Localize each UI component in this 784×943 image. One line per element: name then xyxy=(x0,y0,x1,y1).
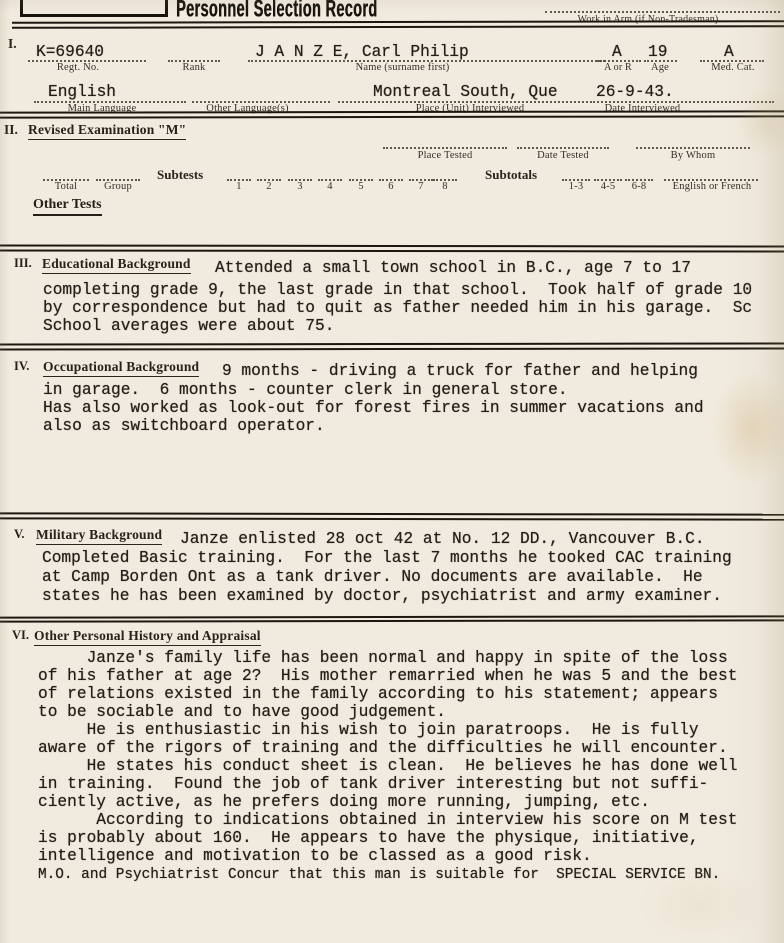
work-in-arm-field-line xyxy=(545,11,780,13)
section4-numeral: IV. xyxy=(14,359,29,374)
section2-rule-bottom xyxy=(0,249,784,252)
section6-line-4: to be sociable and to have good judgemen… xyxy=(38,703,446,721)
section5-numeral: V. xyxy=(14,527,25,542)
section2-title: Revised Examination "M" xyxy=(28,122,186,140)
rank-label: Rank xyxy=(164,62,224,73)
place-interviewed-value: Montreal South, Que xyxy=(373,83,558,101)
by-whom-label: By Whom xyxy=(636,150,750,161)
section2-rule-top xyxy=(0,244,784,247)
section6-line-11: is probably about 160. He appears to hav… xyxy=(38,829,699,847)
section5-line-3: at Camp Borden Ont as a tank driver. No … xyxy=(42,568,703,586)
section6-line-6: aware of the rigors of training and the … xyxy=(38,739,728,757)
section4-title: Occupational Background xyxy=(43,359,199,377)
section4-line-2: in garage. 6 months - counter clerk in g… xyxy=(43,381,568,399)
section4-rule-bottom xyxy=(0,517,784,520)
section3-rule-top xyxy=(0,342,784,345)
regt-no-value: K=69640 xyxy=(36,43,104,61)
section3-line-3: by correspondence but had to quit as fat… xyxy=(43,299,752,317)
main-language-value: English xyxy=(48,83,116,101)
mo-psychiatrist-concur-line: M.O. and Psychiatrist Concur that this m… xyxy=(38,866,720,884)
section5-line-4: states he has been examined by doctor, p… xyxy=(42,587,722,605)
section3-title: Educational Background xyxy=(42,256,191,274)
total-label: Total xyxy=(36,181,96,192)
section5-line-2: Completed Basic training. For the last 7… xyxy=(42,549,732,567)
subtest-1-label: 1 xyxy=(227,181,251,192)
subtest-7-label: 7 xyxy=(409,181,433,192)
subtests-label: Subtests xyxy=(157,167,203,183)
subtotal-1-3-label: 1-3 xyxy=(562,181,590,192)
name-value: J A N Z E, Carl Philip xyxy=(255,43,469,61)
section3-line-1: Attended a small town school in B.C., ag… xyxy=(215,259,691,277)
section6-line-3: of relations existed in the family accor… xyxy=(38,685,718,703)
subtest-8-label: 8 xyxy=(433,181,457,192)
section6-line-7: He states his conduct sheet is clean. He… xyxy=(38,757,737,775)
section3-line-2: completing grade 9, the last grade in th… xyxy=(43,281,752,299)
section4-line-1: 9 months - driving a truck for father an… xyxy=(222,362,698,380)
section6-line-2: of his father at age 2? His mother remar… xyxy=(38,667,737,685)
section1-rule-bottom xyxy=(0,115,784,118)
section6-numeral: VI. xyxy=(12,628,29,643)
header-rule-bottom xyxy=(12,25,784,28)
name-label: Name (surname first) xyxy=(330,62,475,73)
section3-numeral: III. xyxy=(14,256,32,271)
english-or-french-label: English or French xyxy=(652,181,772,192)
age-value: 19 xyxy=(648,43,667,61)
subtotal-6-8-label: 6-8 xyxy=(625,181,653,192)
date-tested-label: Date Tested xyxy=(517,150,609,161)
date-tested-field-line xyxy=(517,147,609,149)
subtest-6-label: 6 xyxy=(379,181,403,192)
subtest-3-label: 3 xyxy=(288,181,312,192)
section2-numeral: II. xyxy=(4,122,18,138)
place-tested-label: Place Tested xyxy=(383,150,507,161)
section6-title: Other Personal History and Appraisal xyxy=(34,628,261,646)
section6-line-5: He is enthusiastic in his wish to join p… xyxy=(38,721,699,739)
section3-rule-bottom xyxy=(0,347,784,350)
subtotal-4-5-label: 4-5 xyxy=(594,181,622,192)
section6-line-1: Janze's family life has been normal and … xyxy=(38,649,728,667)
section4-line-3: Has also worked as look-out for forest f… xyxy=(43,399,704,417)
section6-line-8: in training. Found the job of tank drive… xyxy=(38,775,708,793)
med-cat-value: A xyxy=(724,43,734,61)
document-title: Personnel Selection Record xyxy=(176,0,377,23)
a-or-r-label: A or R xyxy=(592,62,644,73)
place-tested-field-line xyxy=(383,147,507,149)
other-tests-label: Other Tests xyxy=(33,197,102,216)
subtest-2-label: 2 xyxy=(257,181,281,192)
subtest-5-label: 5 xyxy=(349,181,373,192)
header-box xyxy=(20,0,168,17)
section6-line-9: ciently active, as he prefers doing more… xyxy=(38,793,650,811)
med-cat-label: Med. Cat. xyxy=(702,62,764,73)
age-label: Age xyxy=(640,62,680,73)
a-or-r-value: A xyxy=(612,43,622,61)
by-whom-field-line xyxy=(636,147,750,149)
section3-line-4: School averages were about 75. xyxy=(43,317,334,335)
regt-no-label: Regt. No. xyxy=(30,62,126,73)
date-interviewed-value: 26-9-43. xyxy=(596,83,674,101)
section6-line-10: According to indications obtained in int… xyxy=(38,811,737,829)
section6-line-12: intelligence and motivation to be classe… xyxy=(38,847,592,865)
section5-title: Military Background xyxy=(36,527,162,545)
subtotals-label: Subtotals xyxy=(485,167,537,183)
section1-numeral: I. xyxy=(8,36,17,52)
section5-rule-bottom xyxy=(0,619,784,622)
personnel-selection-record-document: Personnel Selection Record Work in Arm (… xyxy=(0,0,784,943)
section5-rule-top xyxy=(0,615,784,619)
section4-line-4: also as switchboard operator. xyxy=(43,417,325,435)
section5-line-1: Janze enlisted 28 oct 42 at No. 12 DD., … xyxy=(180,530,705,548)
subtest-4-label: 4 xyxy=(318,181,342,192)
group-label: Group xyxy=(88,181,148,192)
section4-rule-top xyxy=(0,512,784,516)
